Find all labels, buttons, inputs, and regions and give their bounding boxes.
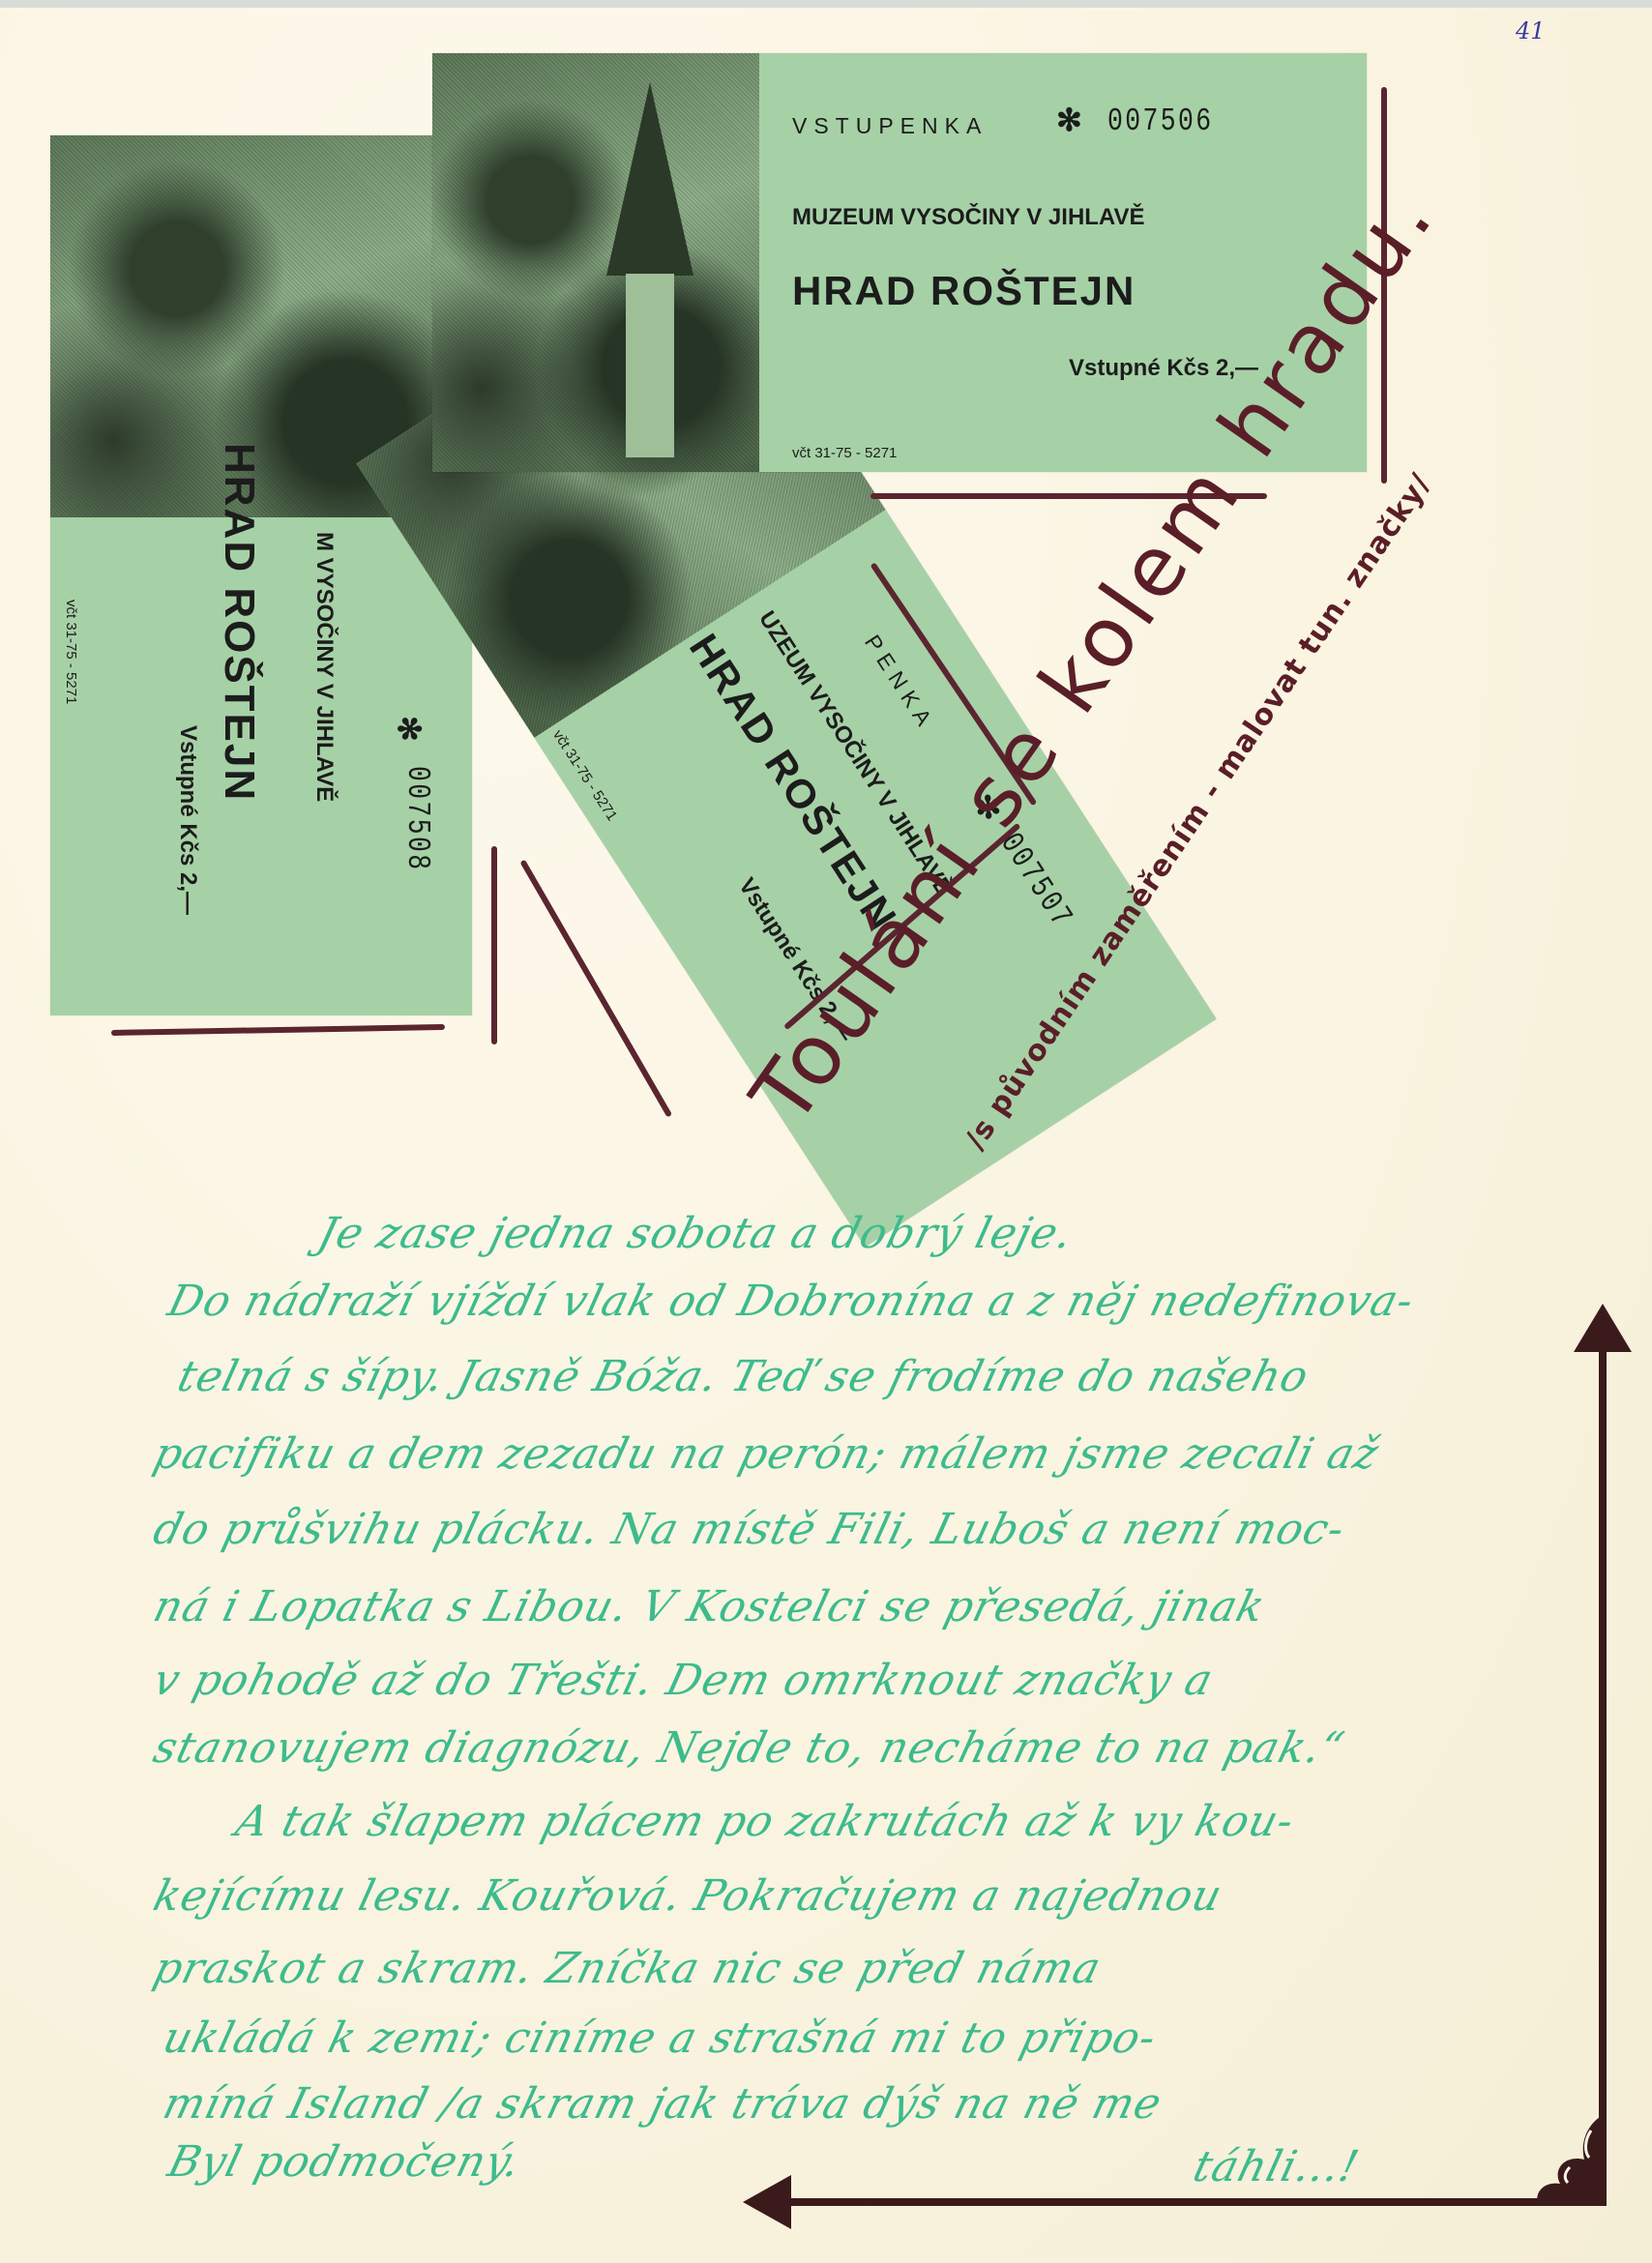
handwritten-line: ukládá k zemi; ciníme a strašná mi to př… — [159, 2013, 1162, 2063]
ticket-vertical: včt 31-75 - 5271 HRAD ROŠTEJN M VYSOČINY… — [50, 135, 472, 1015]
handwritten-line: telná s šípy. Jasně Bóža. Teď se frodíme… — [173, 1352, 1314, 1401]
ticket-museum: MUZEUM VYSOČINY V JIHLAVĚ — [792, 204, 1145, 231]
ticket-serial: 007506 — [1107, 103, 1213, 139]
castle-tower-body — [626, 274, 674, 457]
ticket-star-icon: ✻ — [1056, 102, 1082, 138]
ticket-price: Vstupné Kčs 2,— — [174, 725, 201, 915]
ticket-photo — [432, 53, 759, 472]
handwritten-line: praskot a skram. Zníčka nic se před náma — [149, 1944, 1106, 1993]
handwritten-line: A tak šlapem plácem po zakrutách až k vy… — [231, 1797, 1300, 1846]
ticket-museum: M VYSOČINY V JIHLAVĚ — [310, 532, 338, 802]
marker-line — [491, 846, 497, 1044]
handwritten-line: Do nádraží vjíždí vlak od Dobronína a z … — [163, 1277, 1420, 1326]
handwritten-line: do průšvihu plácku. Na místě Fili, Luboš… — [149, 1505, 1350, 1554]
handwritten-line: táhli...! — [1189, 2142, 1365, 2191]
handwritten-line: kejícímu lesu. Kouřová. Pokračujem a naj… — [149, 1871, 1227, 1921]
ticket-print-code: včt 31-75 - 5271 — [792, 445, 897, 461]
ticket-site-name: HRAD ROŠTEJN — [215, 443, 263, 802]
ticket-print-code: včt 31-75 - 5271 — [63, 600, 79, 704]
ticket-star-icon: ✻ — [391, 716, 428, 742]
ticket-serial: 007508 — [399, 766, 435, 871]
page-number: 41 — [1516, 17, 1546, 44]
scan-edge — [0, 0, 1652, 8]
handwritten-line: stanovujem diagnózu, Nejde to, necháme t… — [149, 1723, 1350, 1773]
handwritten-line: v pohodě až do Třešti. Dem omrknout znač… — [149, 1656, 1219, 1705]
castle-tower-roof — [606, 82, 693, 276]
handwritten-line: pacifiku a dem zezadu na perón; málem js… — [149, 1429, 1384, 1479]
frame-line-vertical — [1599, 1330, 1607, 2137]
handwritten-line: Je zase jedna sobota a dobrý leje. — [313, 1209, 1078, 1258]
frame-line-horizontal — [774, 2198, 1606, 2206]
corner-fan-ornament-icon — [1531, 2111, 1608, 2208]
ticket-header: VSTUPENKA — [792, 113, 988, 139]
ticket-site-name: HRAD ROŠTEJN — [792, 268, 1136, 314]
handwritten-line: míná Island /a skram jak tráva dýš na ně… — [159, 2079, 1167, 2129]
handwritten-line: ná i Lopatka s Libou. V Kostelci se přes… — [149, 1582, 1271, 1631]
handwritten-line: Byl podmočený. — [163, 2137, 526, 2187]
